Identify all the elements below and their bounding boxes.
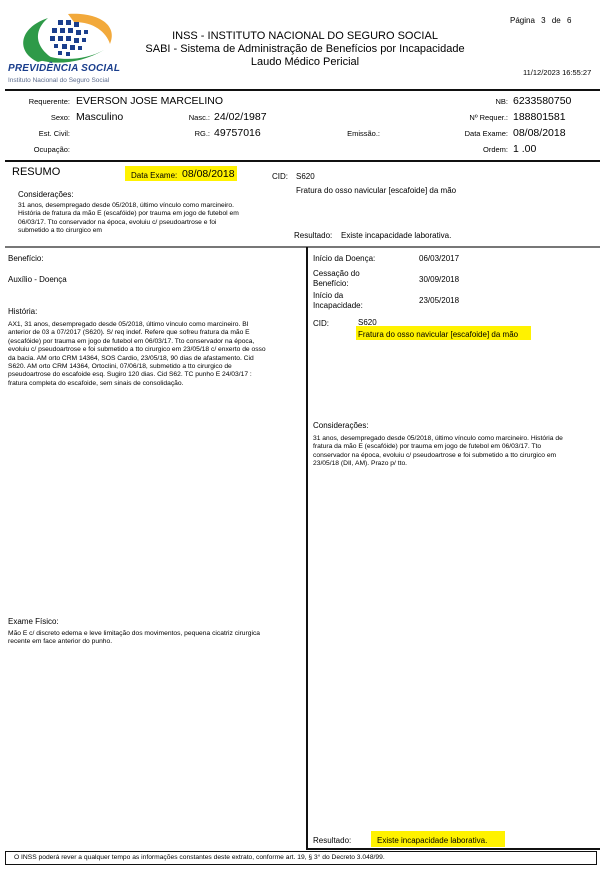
inicio-doenca-value: 06/03/2017: [419, 254, 459, 263]
print-datetime: 11/12/2023 16:55:27: [523, 68, 591, 77]
resumo-data-exame-value: 08/08/2018: [182, 168, 235, 180]
inicio-incapacidade-value: 23/05/2018: [419, 296, 459, 305]
right-resultado-label: Resultado:: [313, 836, 351, 845]
inicio-doenca-label: Início da Doença:: [313, 254, 375, 263]
ocupacao-label: Ocupação:: [10, 145, 70, 154]
beneficio-value: Auxílio - Doença: [8, 275, 67, 284]
cessacao-label: Cessação do Benefício:: [313, 269, 360, 289]
page-total: 6: [567, 16, 571, 25]
sexo-value: Masculino: [76, 111, 123, 123]
page-indicator: Página 3 de 6: [510, 16, 571, 25]
right-resultado-value: Existe incapacidade laborativa.: [377, 836, 487, 845]
ordem-value: 1 .00: [513, 143, 536, 155]
resumo-resultado-label: Resultado:: [294, 231, 332, 240]
resumo-divider: [5, 246, 600, 248]
resumo-title: RESUMO: [12, 166, 60, 178]
ordem-label: Ordem:: [440, 145, 508, 154]
page-label: Página: [510, 16, 535, 25]
page-current: 3: [541, 16, 545, 25]
right-consideracoes-label: Considerações:: [313, 421, 369, 430]
logo-brand: PREVIDÊNCIA SOCIAL: [8, 63, 120, 74]
nasc-label: Nasc.:: [150, 113, 210, 122]
resumo-cid-description: Fratura do osso navicular [escafoide] da…: [296, 186, 456, 195]
historia-text: AX1, 31 anos, desempregado desde 05/2018…: [8, 321, 304, 388]
logo-subtitle: Instituto Nacional do Seguro Social: [8, 77, 109, 84]
title-institution: INSS - INSTITUTO NACIONAL DO SEGURO SOCI…: [130, 30, 480, 43]
patient-divider: [5, 160, 600, 162]
right-cid-label: CID:: [313, 319, 329, 328]
document-title: INSS - INSTITUTO NACIONAL DO SEGURO SOCI…: [130, 30, 480, 69]
historia-label: História:: [8, 307, 37, 316]
emissao-label: Emissão.:: [314, 129, 380, 138]
inicio-incapacidade-label: Início da Incapacidade:: [313, 291, 363, 311]
rg-label: RG.:: [150, 129, 210, 138]
page-of: de: [552, 16, 561, 25]
resumo-consideracoes-label: Considerações:: [18, 190, 74, 199]
right-cid-description: Fratura do osso navicular [escafoide] da…: [358, 330, 518, 339]
requerente-value: EVERSON JOSE MARCELINO: [76, 95, 223, 107]
data-exame-value: 08/08/2018: [513, 127, 566, 139]
est-civil-label: Est. Civil:: [10, 129, 70, 138]
column-divider: [306, 247, 308, 850]
nb-label: NB:: [440, 97, 508, 106]
rg-value: 49757016: [214, 127, 261, 139]
resumo-cid-label: CID:: [272, 172, 288, 181]
resumo-resultado-value: Existe incapacidade laborativa.: [341, 231, 451, 240]
previdencia-social-logo-icon: [8, 10, 123, 86]
requer-label: Nº Requer.:: [440, 113, 508, 122]
beneficio-label: Benefício:: [8, 254, 44, 263]
cessacao-value: 30/09/2018: [419, 275, 459, 284]
sexo-label: Sexo:: [10, 113, 70, 122]
nasc-value: 24/02/1987: [214, 111, 267, 123]
title-report: Laudo Médico Pericial: [130, 56, 480, 69]
requer-value: 188801581: [513, 111, 566, 123]
resumo-consideracoes-text: 31 anos, desempregado desde 05/2018, últ…: [18, 202, 298, 236]
title-system: SABI - Sistema de Administração de Benef…: [130, 43, 480, 56]
exame-fisico-label: Exame Físico:: [8, 617, 59, 626]
requerente-label: Requerente:: [10, 97, 70, 106]
data-exame-label: Data Exame:: [440, 129, 508, 138]
header-divider: [5, 89, 600, 91]
nb-value: 6233580750: [513, 95, 571, 107]
bottom-divider: [306, 848, 600, 850]
footer-disclaimer: O INSS poderá rever a qualquer tempo as …: [14, 854, 385, 861]
resumo-data-exame-label: Data Exame:: [131, 171, 177, 180]
resumo-cid-value: S620: [296, 172, 315, 181]
exame-fisico-text: Mão E c/ discreto edema e leve limitação…: [8, 630, 304, 647]
right-consideracoes-text: 31 anos, desempregado desde 05/2018, últ…: [313, 435, 603, 469]
